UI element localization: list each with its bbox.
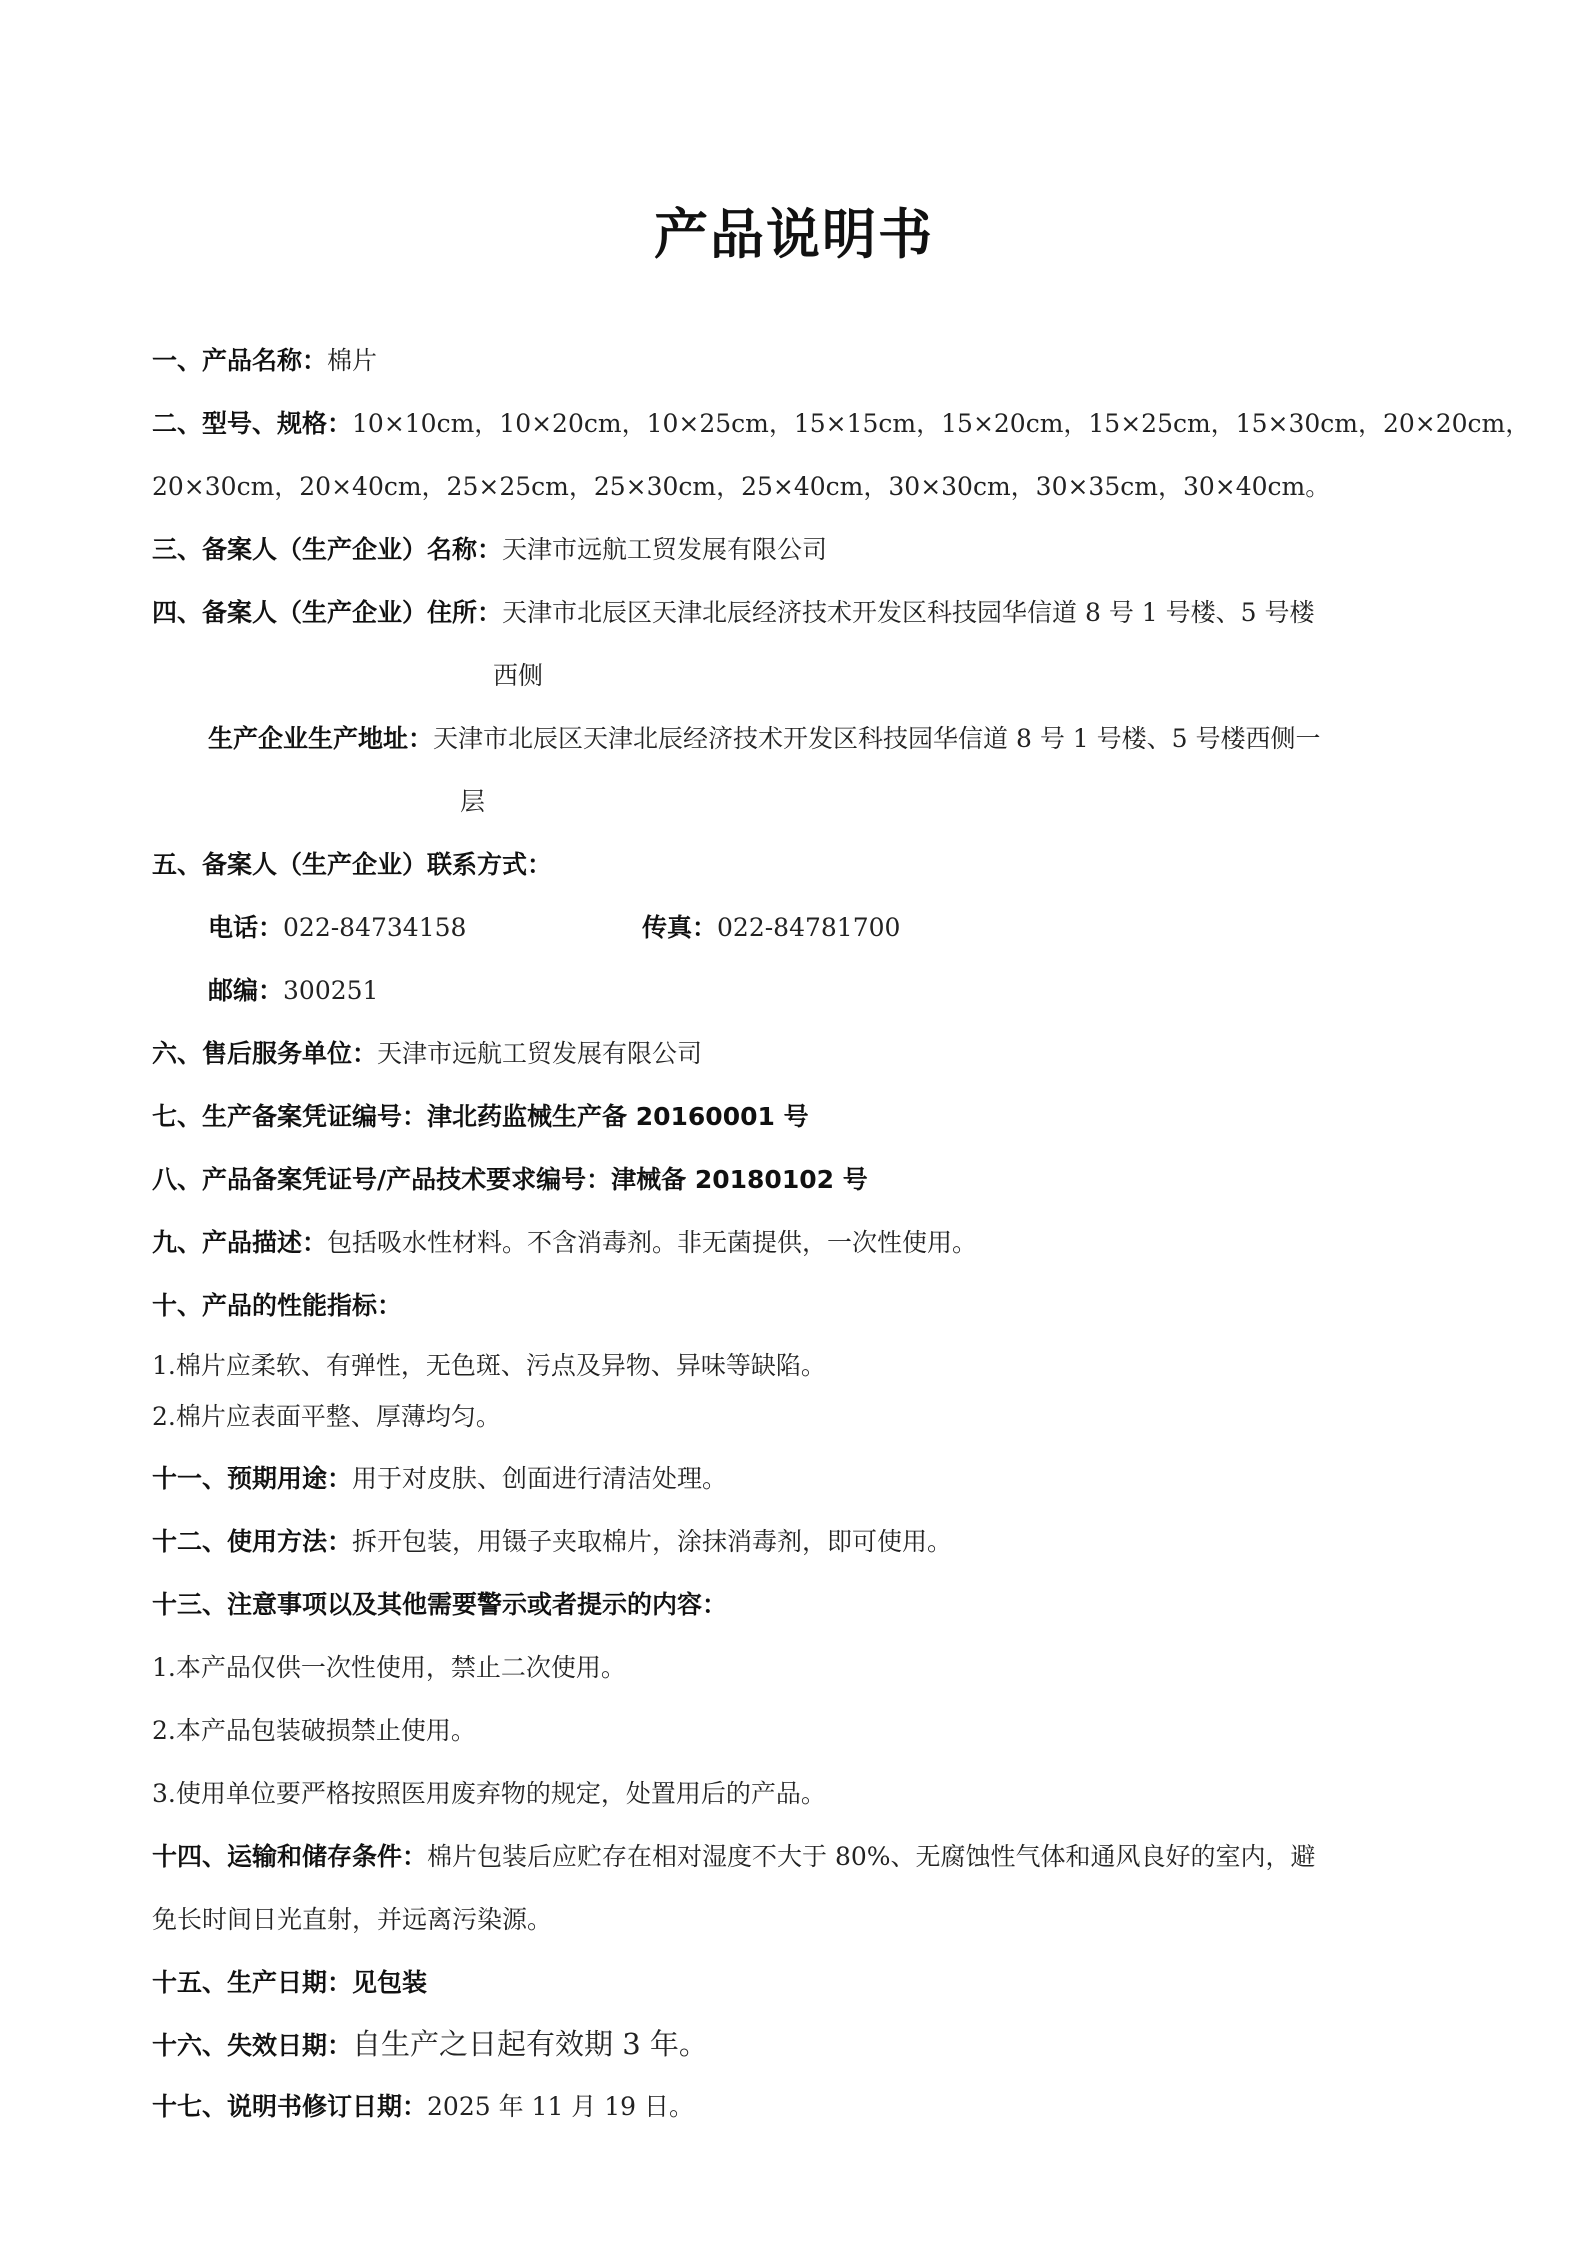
section-value: 天津市远航工贸发展有限公司 xyxy=(502,535,827,564)
section-label: 十三、注意事项以及其他需要警示或者提示的内容： xyxy=(152,1590,727,1619)
section-warnings: 十三、注意事项以及其他需要警示或者提示的内容： xyxy=(152,1588,1442,1622)
section-label: 二、型号、规格： xyxy=(152,409,352,438)
production-address-label: 生产企业生产地址： xyxy=(208,724,433,753)
list-item: 3.使用单位要严格按照医用废弃物的规定，处置用后的产品。 xyxy=(152,1777,1442,1811)
section-label: 六、售后服务单位： xyxy=(152,1039,377,1068)
section-label: 十二、使用方法： xyxy=(152,1527,352,1556)
list-item: 2.棉片应表面平整、厚薄均匀。 xyxy=(152,1400,1442,1434)
section-value: 包括吸水性材料。不含消毒剂。非无菌提供，一次性使用。 xyxy=(327,1228,977,1257)
phone-label: 电话： xyxy=(208,913,283,942)
section-label: 十七、说明书修订日期： xyxy=(152,2092,427,2121)
section-value: 自生产之日起有效期 3 年。 xyxy=(352,2027,708,2061)
section-value: 津械备 20180102 号 xyxy=(611,1165,868,1194)
section-label: 十五、生产日期： xyxy=(152,1968,352,1997)
section-value: 拆开包装，用镊子夹取棉片，涂抹消毒剂，即可使用。 xyxy=(352,1527,952,1556)
section-product-name: 一、产品名称：棉片 xyxy=(152,344,1442,378)
section-registrant-address: 四、备案人（生产企业）住所：天津市北辰区天津北辰经济技术开发区科技园华信道 8 … xyxy=(152,596,1442,630)
section-value: 津北药监械生产备 20160001 号 xyxy=(427,1102,809,1131)
section-value: 免长时间日光直射，并远离污染源。 xyxy=(152,1905,552,1934)
section-model-spec-cont: 20×30cm，20×40cm，25×25cm，25×30cm，25×40cm，… xyxy=(152,470,1442,504)
list-item: 1.棉片应柔软、有弹性，无色斑、污点及异物、异味等缺陷。 xyxy=(152,1349,1442,1383)
section-description: 九、产品描述：包括吸水性材料。不含消毒剂。非无菌提供，一次性使用。 xyxy=(152,1226,1442,1260)
section-storage: 十四、运输和储存条件：棉片包装后应贮存在相对湿度不大于 80%、无腐蚀性气体和通… xyxy=(152,1840,1442,1874)
section-intended-use: 十一、预期用途：用于对皮肤、创面进行清洁处理。 xyxy=(152,1462,1442,1496)
section-expiry: 十六、失效日期：自生产之日起有效期 3 年。 xyxy=(152,2027,1442,2063)
section-contact: 五、备案人（生产企业）联系方式： xyxy=(152,848,1442,882)
section-label: 十一、预期用途： xyxy=(152,1464,352,1493)
postcode-value: 300251 xyxy=(283,976,378,1005)
section-label: 十六、失效日期： xyxy=(152,2031,352,2060)
contact-postcode: 邮编：300251 xyxy=(208,974,1498,1008)
contact-fax: 传真：022-84781700 xyxy=(642,911,1142,945)
section-label: 十四、运输和储存条件： xyxy=(152,1842,427,1871)
list-item-text: 1.本产品仅供一次性使用，禁止二次使用。 xyxy=(152,1653,626,1682)
section-value: 西侧 xyxy=(493,661,543,690)
postcode-label: 邮编： xyxy=(208,976,283,1005)
section-label: 十、产品的性能指标： xyxy=(152,1291,402,1320)
section-label: 三、备案人（生产企业）名称： xyxy=(152,535,502,564)
page-title: 产品说明书 xyxy=(0,200,1588,270)
section-label: 五、备案人（生产企业）联系方式： xyxy=(152,850,552,879)
section-value: 棉片包装后应贮存在相对湿度不大于 80%、无腐蚀性气体和通风良好的室内，避 xyxy=(427,1842,1316,1871)
section-production-date: 十五、生产日期：见包装 xyxy=(152,1966,1442,2000)
production-address: 生产企业生产地址：天津市北辰区天津北辰经济技术开发区科技园华信道 8 号 1 号… xyxy=(208,722,1498,756)
section-performance: 十、产品的性能指标： xyxy=(152,1289,1442,1323)
section-value: 用于对皮肤、创面进行清洁处理。 xyxy=(352,1464,727,1493)
section-value: 20×30cm，20×40cm，25×25cm，25×30cm，25×40cm，… xyxy=(152,472,1330,501)
section-after-sales: 六、售后服务单位：天津市远航工贸发展有限公司 xyxy=(152,1037,1442,1071)
section-revision-date: 十七、说明书修订日期：2025 年 11 月 19 日。 xyxy=(152,2090,1442,2124)
fax-label: 传真： xyxy=(642,913,717,942)
section-production-cert: 七、生产备案凭证编号：津北药监械生产备 20160001 号 xyxy=(152,1100,1442,1134)
section-label: 八、产品备案凭证号/产品技术要求编号： xyxy=(152,1165,611,1194)
section-value: 见包装 xyxy=(352,1968,427,1997)
section-label: 九、产品描述： xyxy=(152,1228,327,1257)
section-registrant-name: 三、备案人（生产企业）名称：天津市远航工贸发展有限公司 xyxy=(152,533,1442,567)
list-item-text: 1.棉片应柔软、有弹性，无色斑、污点及异物、异味等缺陷。 xyxy=(152,1351,826,1380)
section-storage-cont: 免长时间日光直射，并远离污染源。 xyxy=(152,1903,1442,1937)
section-value: 天津市远航工贸发展有限公司 xyxy=(377,1039,702,1068)
section-label: 七、生产备案凭证编号： xyxy=(152,1102,427,1131)
production-address-value: 层 xyxy=(460,787,485,816)
list-item: 1.本产品仅供一次性使用，禁止二次使用。 xyxy=(152,1651,1442,1685)
section-value: 2025 年 11 月 19 日。 xyxy=(427,2092,694,2121)
section-product-cert: 八、产品备案凭证号/产品技术要求编号：津械备 20180102 号 xyxy=(152,1163,1442,1197)
fax-value: 022-84781700 xyxy=(717,913,900,942)
section-label: 一、产品名称： xyxy=(152,346,327,375)
section-value: 天津市北辰区天津北辰经济技术开发区科技园华信道 8 号 1 号楼、5 号楼 xyxy=(502,598,1314,627)
phone-value: 022-84734158 xyxy=(283,913,466,942)
list-item: 2.本产品包装破损禁止使用。 xyxy=(152,1714,1442,1748)
section-value: 10×10cm，10×20cm，10×25cm，15×15cm，15×20cm，… xyxy=(352,409,1530,438)
list-item-text: 2.棉片应表面平整、厚薄均匀。 xyxy=(152,1402,501,1431)
section-registrant-address-cont: 西侧 xyxy=(493,659,1588,693)
document-page: 产品说明书 一、产品名称：棉片 二、型号、规格：10×10cm，10×20cm，… xyxy=(0,0,1588,2244)
list-item-text: 3.使用单位要严格按照医用废弃物的规定，处置用后的产品。 xyxy=(152,1779,826,1808)
production-address-cont: 层 xyxy=(460,785,1588,819)
section-usage: 十二、使用方法：拆开包装，用镊子夹取棉片，涂抹消毒剂，即可使用。 xyxy=(152,1525,1442,1559)
section-value: 棉片 xyxy=(327,346,377,375)
list-item-text: 2.本产品包装破损禁止使用。 xyxy=(152,1716,476,1745)
production-address-value: 天津市北辰区天津北辰经济技术开发区科技园华信道 8 号 1 号楼、5 号楼西侧一 xyxy=(433,724,1320,753)
section-label: 四、备案人（生产企业）住所： xyxy=(152,598,502,627)
section-model-spec: 二、型号、规格：10×10cm，10×20cm，10×25cm，15×15cm，… xyxy=(152,407,1442,441)
